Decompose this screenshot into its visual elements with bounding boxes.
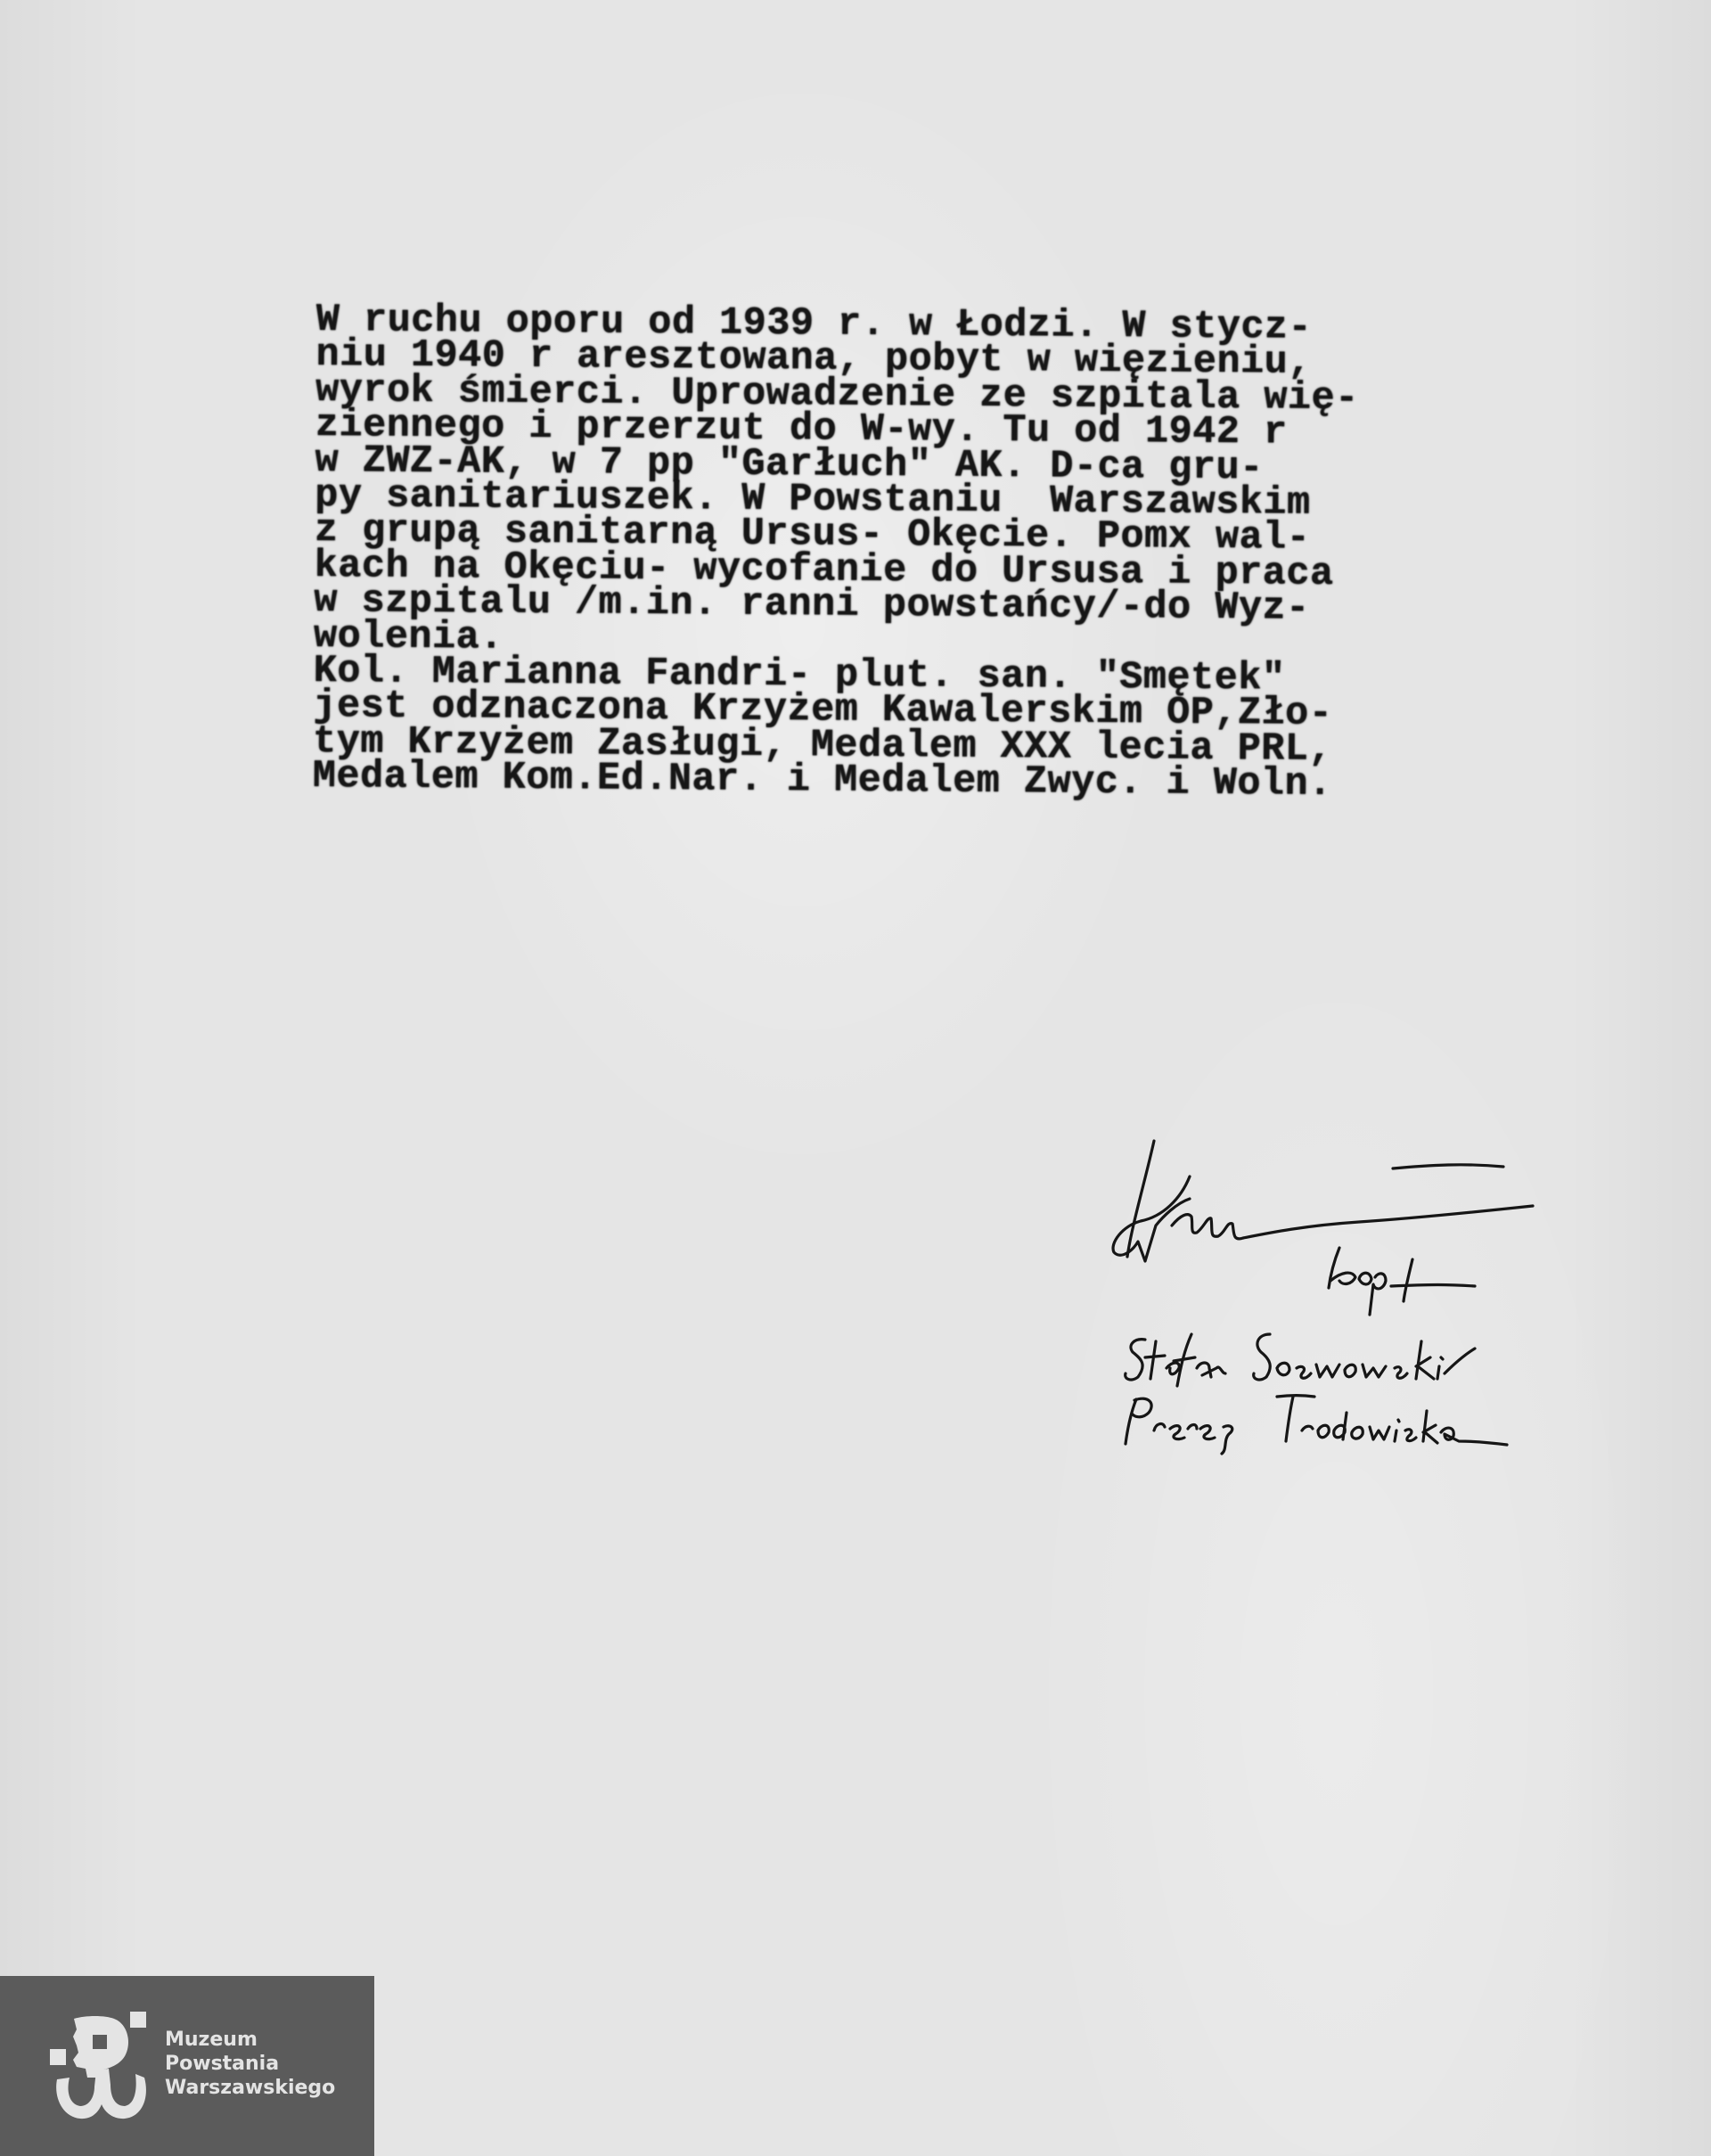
- museum-name: Muzeum Powstania Warszawskiego: [165, 2028, 335, 2100]
- kotwica-emblem-icon: [50, 2012, 153, 2120]
- handwritten-signature: kpt Stefan Sosnowski Prezes Środowiska: [1092, 1127, 1662, 1466]
- signatory-role: Prezes Środowiska: [1115, 1404, 1464, 1445]
- logo-line: Muzeum: [165, 2028, 335, 2052]
- signatory-name: Stefan Sosnowski: [1106, 1346, 1432, 1387]
- document-page: W ruchu oporu od 1939 r. w Łodzi. W styc…: [0, 0, 1711, 2156]
- signature-rank: kpt: [1315, 1252, 1371, 1288]
- logo-line: Powstania: [165, 2052, 335, 2076]
- logo-line: Warszawskiego: [165, 2076, 335, 2100]
- typewritten-text: W ruchu oporu od 1939 r. w Łodzi. W styc…: [313, 303, 1711, 806]
- museum-logo: Muzeum Powstania Warszawskiego: [0, 1976, 374, 2156]
